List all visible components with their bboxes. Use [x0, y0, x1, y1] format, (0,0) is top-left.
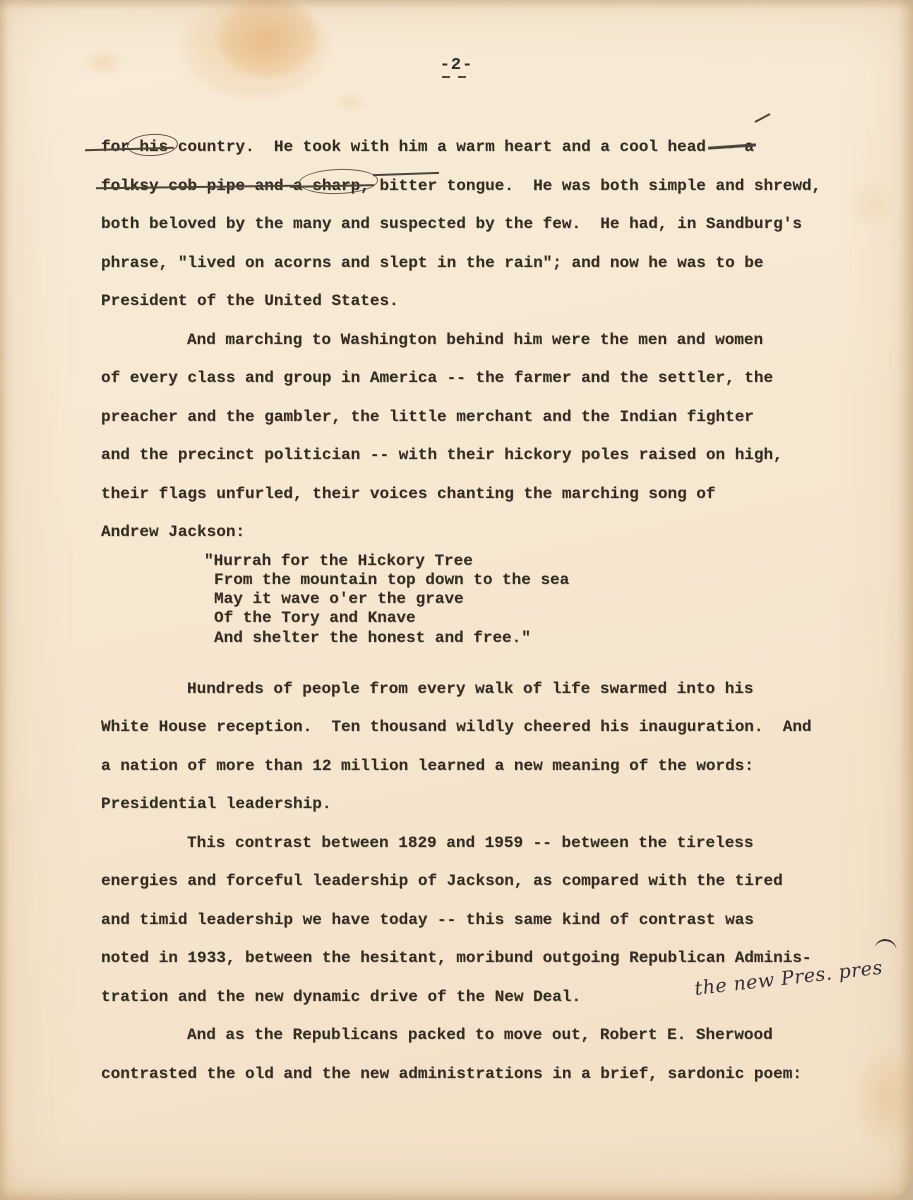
- text-segment: And as the Republicans packed to move ou…: [187, 1026, 773, 1044]
- text-segment: [370, 177, 380, 195]
- text-line: And marching to Washington behind him we…: [101, 321, 913, 360]
- text-line: And as the Republicans packed to move ou…: [101, 1016, 913, 1055]
- text-line: for his country. He took with him a warm…: [101, 128, 913, 167]
- text-segment: White House reception. Ten thousand wild…: [101, 718, 812, 736]
- text-line: and timid leadership we have today -- th…: [101, 901, 913, 940]
- typed-document-text: for his country. He took with him a warm…: [101, 0, 913, 1093]
- text-line: of every class and group in America -- t…: [101, 359, 913, 398]
- text-segment: of every class and group in America -- t…: [101, 369, 773, 387]
- text-line: both beloved by the many and suspected b…: [101, 205, 913, 244]
- text-segment: phrase, "lived on acorns and slept in th…: [101, 254, 764, 272]
- text-segment: And marching to Washington behind him we…: [187, 331, 763, 349]
- text-line: White House reception. Ten thousand wild…: [101, 708, 913, 747]
- poem-line: "Hurrah for the Hickory Tree: [204, 552, 913, 571]
- text-line: folksy cob pipe and a sharp, bitter tong…: [101, 167, 913, 206]
- text-line: a nation of more than 12 million learned…: [101, 747, 913, 786]
- text-segment: contrasted the old and the new administr…: [101, 1065, 802, 1083]
- text-segment: From the mountain top down to the sea: [214, 571, 569, 589]
- text-line: Andrew Jackson:: [101, 513, 913, 552]
- text-line: President of the United States.: [101, 282, 913, 321]
- text-segment: Presidential leadership.: [101, 795, 331, 813]
- text-line: phrase, "lived on acorns and slept in th…: [101, 244, 913, 283]
- struck-out-text: for his: [101, 128, 168, 167]
- text-line: Hundreds of people from every walk of li…: [101, 670, 913, 709]
- poem-line: And shelter the honest and free.": [214, 629, 913, 648]
- struck-out-text: bitter: [379, 167, 437, 206]
- document-page: -2- for his country. He took with him a …: [0, 0, 913, 1200]
- text-segment: "Hurrah for the Hickory Tree: [204, 552, 473, 570]
- poem-line: May it wave o'er the grave: [214, 590, 913, 609]
- text-segment: May it wave o'er the grave: [214, 590, 464, 608]
- text-segment: Andrew Jackson:: [101, 523, 245, 541]
- text-segment: President of the United States.: [101, 292, 399, 310]
- text-segment: This contrast between 1829 and 1959 -- b…: [187, 834, 754, 852]
- struck-out-text: folksy cob pipe and: [101, 167, 293, 206]
- text-segment: country. He took with him a warm heart a…: [168, 138, 715, 156]
- text-line: energies and forceful leadership of Jack…: [101, 862, 913, 901]
- text-line: Presidential leadership.: [101, 785, 913, 824]
- text-line: and the precinct politician -- with thei…: [101, 436, 913, 475]
- text-segment: and timid leadership we have today -- th…: [101, 911, 754, 929]
- text-segment: And shelter the honest and free.": [214, 629, 531, 647]
- text-line: contrasted the old and the new administr…: [101, 1055, 913, 1094]
- text-segment: energies and forceful leadership of Jack…: [101, 872, 783, 890]
- poem-line: Of the Tory and Knave: [214, 609, 913, 628]
- text-segment: their flags unfurled, their voices chant…: [101, 485, 716, 503]
- poem-line: From the mountain top down to the sea: [214, 571, 913, 590]
- text-line: This contrast between 1829 and 1959 -- b…: [101, 824, 913, 863]
- text-segment: preacher and the gambler, the little mer…: [101, 408, 754, 426]
- text-line: preacher and the gambler, the little mer…: [101, 398, 913, 437]
- text-segment: tration and the new dynamic drive of the…: [101, 988, 581, 1006]
- struck-out-text: a sharp,: [293, 167, 370, 206]
- text-segment: a nation of more than 12 million learned…: [101, 757, 754, 775]
- text-segment: both beloved by the many and suspected b…: [101, 215, 802, 233]
- text-line: their flags unfurled, their voices chant…: [101, 475, 913, 514]
- text-segment: and the precinct politician -- with thei…: [101, 446, 783, 464]
- text-segment: noted in 1933, between the hesitant, mor…: [101, 949, 812, 967]
- struck-out-text: -- a: [716, 128, 754, 167]
- text-segment: tongue. He was both simple and shrewd,: [437, 177, 821, 195]
- text-segment: Hundreds of people from every walk of li…: [187, 680, 754, 698]
- text-segment: Of the Tory and Knave: [214, 609, 416, 627]
